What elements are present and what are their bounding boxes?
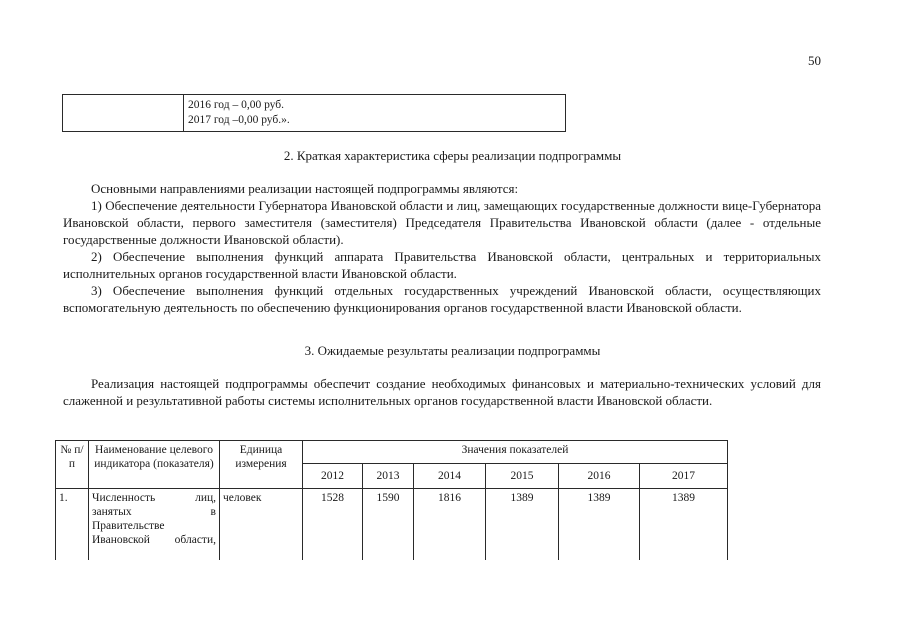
row-value-2012: 1528 — [303, 489, 363, 561]
header-year: 2013 — [363, 464, 414, 489]
header-year: 2016 — [559, 464, 640, 489]
table-header-row: № п/п Наименование целевого индикатора (… — [56, 441, 728, 464]
name-line: Численность лиц, — [92, 491, 216, 505]
header-num: № п/п — [56, 441, 89, 489]
row-value-2014: 1816 — [414, 489, 486, 561]
header-name: Наименование целевого индикатора (показа… — [89, 441, 220, 489]
header-year: 2015 — [486, 464, 559, 489]
row-value-2017: 1389 — [640, 489, 728, 561]
header-year: 2014 — [414, 464, 486, 489]
row-value-2013: 1590 — [363, 489, 414, 561]
header-values-group: Значения показателей — [303, 441, 728, 464]
table-clip: № п/п Наименование целевого индикатора (… — [0, 0, 905, 560]
header-year: 2017 — [640, 464, 728, 489]
row-value-2016: 1389 — [559, 489, 640, 561]
name-line: Ивановской области, — [92, 533, 216, 547]
row-indicator-name: Численность лиц, занятых в Правительстве… — [89, 489, 220, 561]
name-line: Правительстве — [92, 519, 216, 533]
row-value-2015: 1389 — [486, 489, 559, 561]
name-line: занятых в — [92, 505, 216, 519]
table-row: 1. Численность лиц, занятых в Правительс… — [56, 489, 728, 561]
row-num: 1. — [56, 489, 89, 561]
header-unit: Единица измерения — [220, 441, 303, 489]
header-year: 2012 — [303, 464, 363, 489]
row-unit: человек — [220, 489, 303, 561]
indicators-table: № п/п Наименование целевого индикатора (… — [55, 440, 728, 560]
